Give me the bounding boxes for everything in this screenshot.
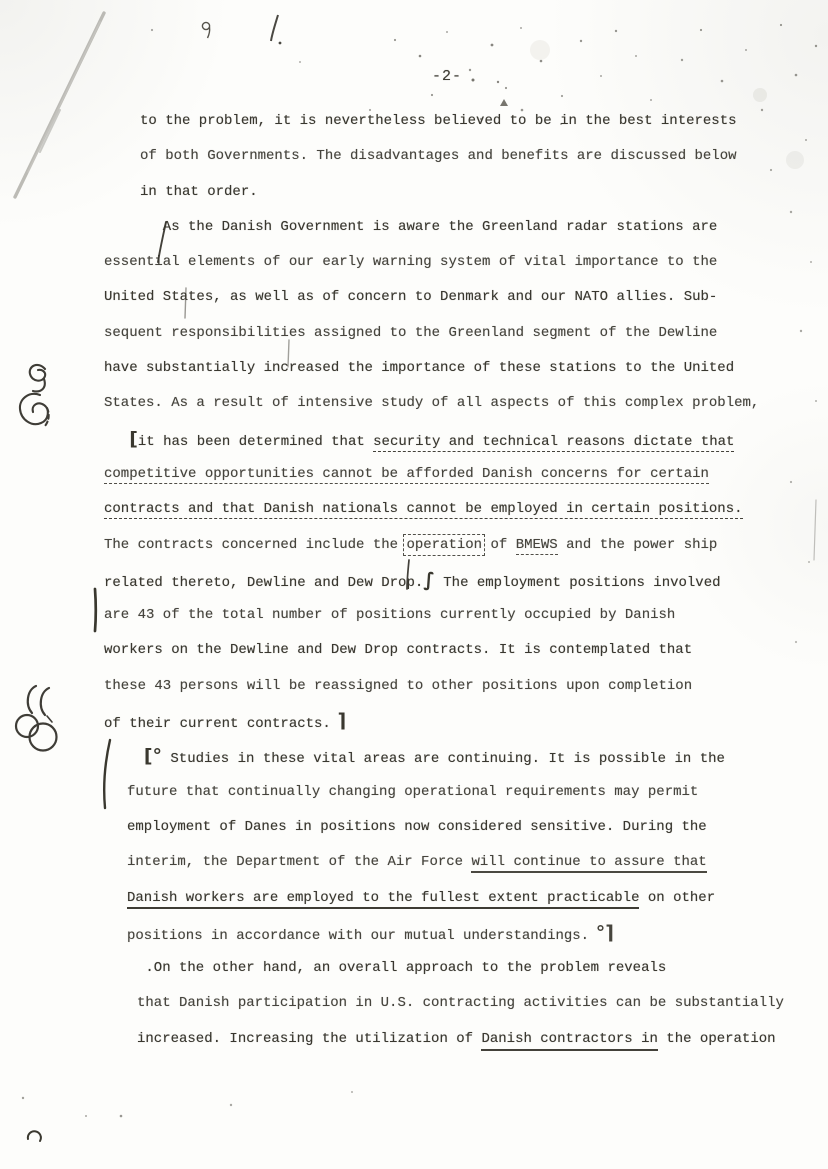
text-line: The contracts concerned include the oper… [104, 528, 828, 563]
text-line: competitive opportunities cannot be affo… [104, 457, 828, 492]
underlined-text: competitive opportunities cannot be affo… [104, 466, 709, 484]
text-line: workers on the Dewline and Dew Drop cont… [104, 633, 828, 668]
text-segment: of [482, 537, 516, 553]
text-segment: of their current contracts. [104, 716, 331, 732]
circled-text: operation [406, 537, 482, 553]
text-segment: sequent responsibilities assigned to the… [104, 325, 717, 341]
text-segment: are 43 of the total number of positions … [104, 607, 675, 623]
text-segment: to the problem, it is nevertheless belie… [140, 113, 737, 129]
text-segment: in that order. [140, 184, 258, 200]
scanned-document-page: -2- to the problem, it is nevertheless b… [0, 0, 828, 1169]
text-segment [104, 434, 129, 450]
text-line: [it has been determined that security an… [104, 422, 828, 457]
text-segment: As the Danish Government is aware the Gr… [104, 219, 717, 235]
text-segment: these 43 persons will be reassigned to o… [104, 678, 692, 694]
text-segment: essential elements of our early warning … [104, 254, 717, 270]
text-segment: that Danish participation in U.S. contra… [137, 995, 784, 1011]
text-segment: The contracts concerned include the [104, 537, 406, 553]
text-line: .On the other hand, an overall approach … [137, 951, 828, 986]
text-line: Danish workers are employed to the fulle… [127, 881, 828, 916]
text-segment: employment of Danes in positions now con… [127, 819, 707, 835]
text-line: United States, as well as of concern to … [104, 280, 828, 315]
text-segment: United States, as well as of concern to … [104, 289, 717, 305]
text-segment: increased. Increasing the utilization of [137, 1031, 481, 1047]
text-line: States. As a result of intensive study o… [104, 386, 828, 421]
text-line: positions in accordance with our mutual … [127, 916, 828, 951]
text-line: are 43 of the total number of positions … [104, 598, 828, 633]
paragraph: As the Danish Government is aware the Gr… [104, 210, 828, 739]
text-line: contracts and that Danish nationals cann… [104, 492, 828, 527]
nine-glyph [202, 22, 209, 38]
paragraph: [° Studies in these vital areas are cont… [127, 739, 828, 951]
handwritten-bracket-mark: ∫ [423, 569, 435, 591]
text-line: of both Governments. The disadvantages a… [140, 139, 828, 174]
text-line: As the Danish Government is aware the Gr… [104, 210, 828, 245]
text-line: essential elements of our early warning … [104, 245, 828, 280]
text-segment: future that continually changing operati… [127, 784, 698, 800]
bottom-left-mark [28, 1131, 41, 1141]
underlined-text: contracts and that Danish nationals cann… [104, 501, 743, 519]
text-line: have substantially increased the importa… [104, 351, 828, 386]
text-line: that Danish participation in U.S. contra… [137, 986, 828, 1021]
text-segment: and the power ship [558, 537, 718, 553]
text-segment: States. As a result of intensive study o… [104, 395, 759, 411]
text-segment [127, 751, 144, 767]
text-segment: .On the other hand, an overall approach … [137, 960, 666, 976]
text-segment: interim, the Department of the Air Force [127, 854, 471, 870]
paragraph: .On the other hand, an overall approach … [137, 951, 828, 1057]
handwritten-bracket-mark: [° [144, 745, 162, 767]
underlined-text: will continue to assure that [471, 854, 706, 873]
underlined-text: Danish contractors in [481, 1031, 657, 1051]
text-line: to the problem, it is nevertheless belie… [140, 104, 828, 139]
text-line: of their current contracts. ⌉ [104, 704, 828, 739]
underlined-text: BMEWS [516, 537, 558, 555]
document-body: to the problem, it is nevertheless belie… [0, 104, 828, 1057]
text-segment: on other [639, 890, 715, 906]
handwritten-bracket-mark: °⌉ [589, 922, 614, 944]
text-segment: related thereto, Dewline and Dew Drop. [104, 575, 423, 591]
handwritten-bracket-mark: [ [129, 428, 138, 450]
text-segment: Studies in these vital areas are continu… [162, 751, 725, 767]
text-line: [° Studies in these vital areas are cont… [127, 739, 828, 774]
text-line: related thereto, Dewline and Dew Drop.∫ … [104, 563, 828, 598]
text-segment: the operation [658, 1031, 776, 1047]
text-line: in that order. [140, 175, 828, 210]
page-number: -2- [432, 68, 462, 85]
text-segment: workers on the Dewline and Dew Drop cont… [104, 642, 692, 658]
handwritten-bracket-mark: ⌉ [331, 710, 346, 732]
paragraph: to the problem, it is nevertheless belie… [140, 104, 828, 210]
text-line: sequent responsibilities assigned to the… [104, 316, 828, 351]
text-segment: positions in accordance with our mutual … [127, 928, 589, 944]
text-segment: of both Governments. The disadvantages a… [140, 148, 737, 164]
underlined-text: Danish workers are employed to the fulle… [127, 890, 639, 909]
text-segment: it has been determined that [138, 434, 373, 450]
slash-mark-top [271, 15, 281, 44]
text-line: interim, the Department of the Air Force… [127, 845, 828, 880]
text-segment: have substantially increased the importa… [104, 360, 734, 376]
text-segment: The employment positions involved [435, 575, 721, 591]
text-line: increased. Increasing the utilization of… [137, 1022, 828, 1057]
text-line: future that continually changing operati… [127, 775, 828, 810]
text-line: employment of Danes in positions now con… [127, 810, 828, 845]
underlined-text: security and technical reasons dictate t… [373, 434, 734, 452]
text-line: these 43 persons will be reassigned to o… [104, 669, 828, 704]
